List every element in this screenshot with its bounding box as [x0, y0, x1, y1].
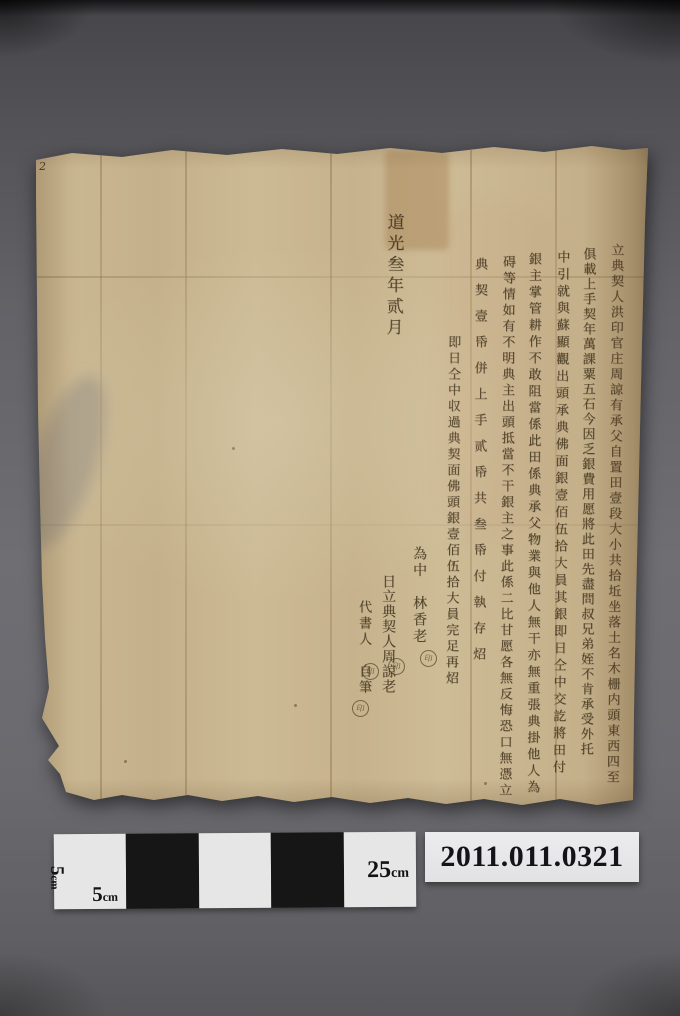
text-column-3: 中引就與蘇顯觀出頭承典佛面銀壹佰伍拾大員其銀即日仝中交訖將田付: [548, 250, 572, 777]
paper-speck: [294, 704, 297, 707]
vertical-fold-line: [100, 150, 102, 802]
text-column-7-receipt: 即日仝中収過典契面佛頭銀壹佰伍拾大員完足再炤: [441, 335, 462, 687]
vertical-fold-line: [330, 150, 332, 802]
contract-paper: 2 立典契人洪印官庄周諒有承父自置田壹段大小共拾坵坐落土名木栅内頭東西四至 俱載…: [32, 142, 652, 812]
paper-speck: [232, 447, 235, 450]
seal-character: 印: [424, 652, 434, 664]
accession-number-card: 2011.011.0321: [425, 832, 639, 882]
photographic-scale-bar: 5cm 5cm 25cm: [54, 832, 417, 910]
date-line: 道光叁年贰月: [380, 213, 406, 339]
text-column-1: 立典契人洪印官庄周諒有承父自置田壹段大小共拾坵坐落土名木栅内頭東西四至: [602, 243, 626, 786]
vertical-fold-line: [185, 150, 187, 802]
seal-character: 印: [366, 665, 376, 677]
scale-label-5cm-vertical: 5cm: [47, 866, 66, 890]
text-column-5: 碍等情如有不明典主出頭抵當不干銀主之事此係二比甘愿各無反悔恐口無憑立: [494, 255, 517, 799]
page-corner-mark: 2: [38, 160, 47, 173]
signer-signature: 日立典契人周諒老: [378, 574, 398, 694]
paper-speck: [124, 760, 127, 763]
seal-mark: 印: [351, 699, 370, 718]
scale-segment-white: [199, 833, 272, 909]
scale-segment-black: [126, 833, 199, 909]
scale-segment-black: [271, 832, 344, 908]
accession-number: 2011.011.0321: [440, 840, 623, 874]
text-column-2: 俱載上手契年萬課粟五石今因乏銀費用愿將此田先盡問叔兄弟姪不肯承受外托: [576, 247, 598, 757]
seal-character: 印: [392, 660, 402, 672]
scribe-signature: 代書人 自筆: [354, 600, 373, 696]
seal-mark: 印: [419, 649, 438, 668]
text-column-6: 典契壹帋併上手贰帋共叁帋付執存炤: [468, 257, 489, 673]
paper-stain: [8, 367, 123, 557]
paper-speck: [484, 782, 487, 785]
scale-label-25cm: 25cm: [367, 858, 409, 882]
middleman-signature: 為中 林香老: [409, 546, 429, 645]
text-column-4: 銀主掌管耕作不敢阻當係此田係典承父物業與他人無干亦無重張典掛他人為: [522, 252, 543, 797]
seal-character: 印: [356, 702, 366, 714]
scale-label-5cm: 5cm: [92, 884, 118, 905]
